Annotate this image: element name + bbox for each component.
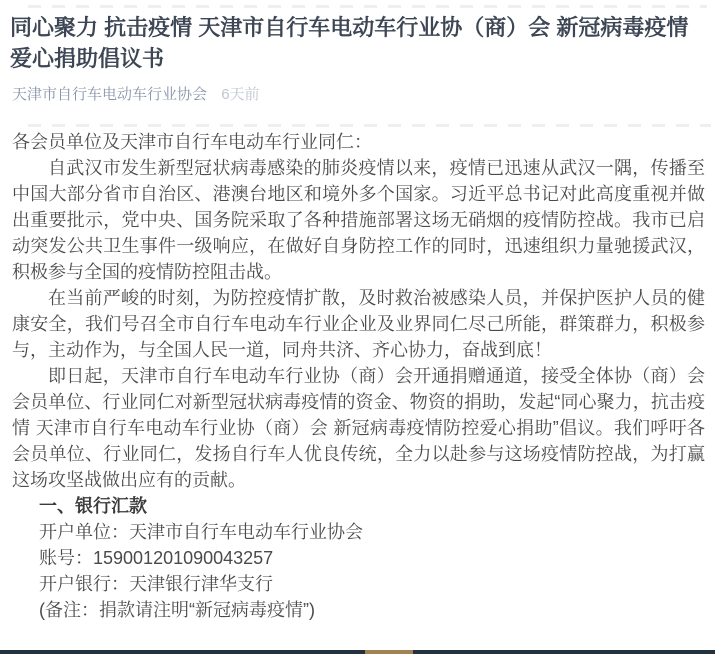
- paragraph: 自武汉市发生新型冠状病毒感染的肺炎疫情以来，疫情已迅速从武汉一隅，传播至中国大部…: [12, 155, 705, 285]
- bank-remark-line: (备注：捐款请注明“新冠病毒疫情”): [12, 597, 705, 623]
- article-page: 同心聚力 抗击疫情 天津市自行车电动车行业协（商）会 新冠病毒疫情爱心捐助倡议书…: [0, 0, 715, 657]
- article-body: 各会员单位及天津市自行车电动车行业同仁： 自武汉市发生新型冠状病毒感染的肺炎疫情…: [12, 129, 705, 623]
- article-title: 同心聚力 抗击疫情 天津市自行车电动车行业协（商）会 新冠病毒疫情爱心捐助倡议书: [10, 12, 703, 74]
- mid-edge-artifact: [28, 124, 711, 127]
- bank-account-number-line: 账号：159001201090043257: [12, 545, 705, 571]
- publish-time: 6天前: [221, 86, 259, 103]
- author-name[interactable]: 天津市自行车电动车行业协会: [12, 86, 207, 103]
- top-edge-artifact: [28, 5, 707, 8]
- bank-section-heading: 一、银行汇款: [12, 493, 705, 519]
- byline: 天津市自行车电动车行业协会 6天前: [12, 84, 705, 105]
- bank-account-holder-line: 开户单位：天津市自行车电动车行业协会: [12, 519, 705, 545]
- paragraph: 即日起，天津市自行车电动车行业协（商）会开通捐赠通道，接受全体协（商）会会员单位…: [12, 363, 705, 493]
- greeting-line: 各会员单位及天津市自行车电动车行业同仁：: [12, 129, 705, 155]
- paragraph: 在当前严峻的时刻，为防控疫情扩散，及时救治被感染人员，并保护医护人员的健康安全，…: [12, 285, 705, 363]
- bottom-bar-accent-segment: [365, 650, 413, 654]
- bank-branch-line: 开户银行：天津银行津华支行: [12, 571, 705, 597]
- bottom-window-edge-bar: [0, 650, 715, 654]
